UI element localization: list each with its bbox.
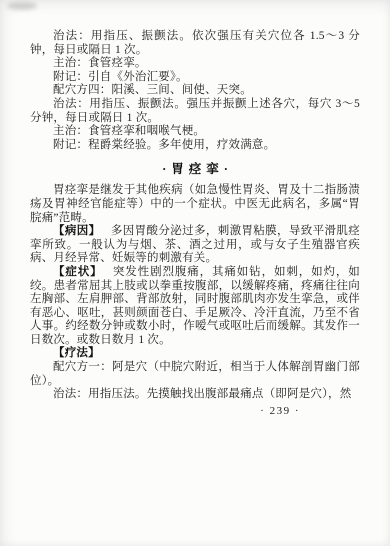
paragraph-text: 配穴方一：阿是穴（中脘穴附近，相当于人体解剖胃幽门部位）。 xyxy=(30,361,360,387)
paragraph-label: 【疗法】 xyxy=(53,347,100,359)
paragraph: 附记：引自《外治汇要》。 xyxy=(30,71,360,85)
paragraph: 胃痉挛是继发于其他疾病（如急慢性胃炎、胃及十二指肠溃疡及胃神经官能症等）中的一个… xyxy=(30,184,360,225)
page-number: · 239 · xyxy=(30,405,360,417)
paragraph: 治法：用指压、振颤法。强压并振颤上述各穴，每穴 3～5 分钟，每日或隔日 1 次… xyxy=(30,98,360,125)
paragraph-text: 胃痉挛是继发于其他疾病（如急慢性胃炎、胃及十二指肠溃疡及胃神经官能症等）中的一个… xyxy=(30,184,360,223)
paragraph-text: 治法：用指压法。先摸触找出腹部最痛点（即阿是穴），然 xyxy=(53,388,351,400)
paragraph: 配穴方四：阳溪、三间、间使、天突。 xyxy=(30,84,360,98)
paragraph-label: 【症状】 xyxy=(53,266,103,278)
paragraph: 配穴方一：阿是穴（中脘穴附近，相当于人体解剖胃幽门部位）。 xyxy=(30,361,360,388)
paragraph: 治法：用指压法。先摸触找出腹部最痛点（即阿是穴），然 xyxy=(30,388,360,402)
paragraph: 主治：食管痉挛。 xyxy=(30,57,360,71)
paragraph: 【症状】突发性剧烈腹痛，其痛如钻，如刺，如灼，如绞。患者常屈其上肢或以拳重按腹部… xyxy=(30,266,360,348)
book-page: 治法：用指压、振颤法。依次强压有关穴位各 1.5～3 分钟，每日或隔日 1 次。… xyxy=(0,0,390,546)
paragraph: 【疗法】 xyxy=(30,347,360,361)
paragraph: 附记：程爵棠经验。多年使用，疗效满意。 xyxy=(30,139,360,153)
scan-artifact xyxy=(7,2,37,10)
paragraph: 治法：用指压、振颤法。依次强压有关穴位各 1.5～3 分钟，每日或隔日 1 次。 xyxy=(30,30,360,57)
paragraph-label: 【病因】 xyxy=(53,225,101,237)
paragraph: 主治：食管痉挛和咽喉气梗。 xyxy=(30,125,360,139)
section-heading: ·胃痉挛· xyxy=(30,159,360,177)
paragraph: 【病因】多因胃酸分泌过多，刺激胃粘膜，导致平滑肌痉挛所致。一般认为与烟、茶、酒之… xyxy=(30,225,360,266)
